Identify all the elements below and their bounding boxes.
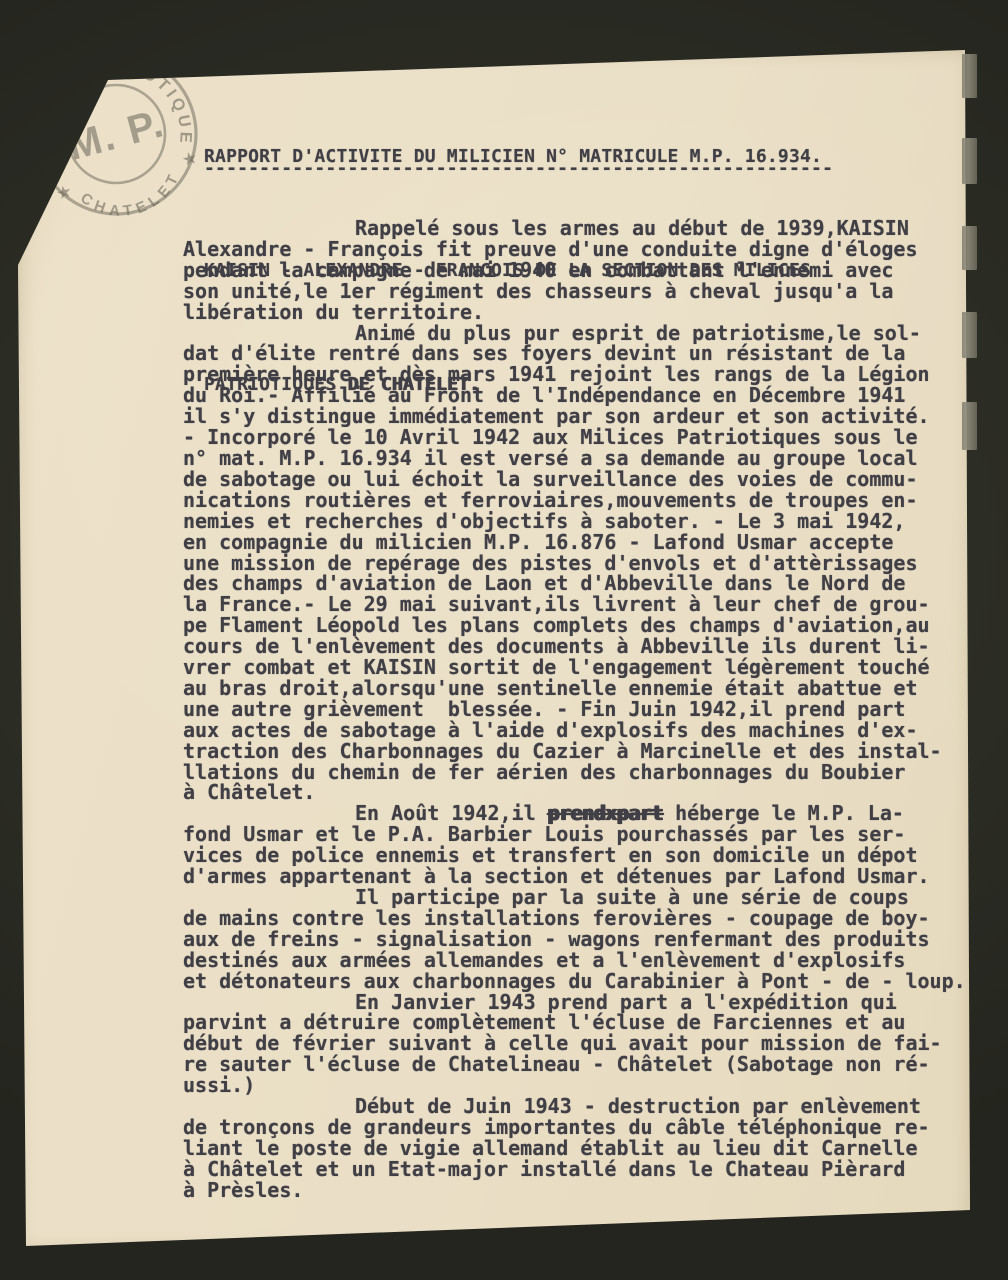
text-line: de sabotage ou lui échoit la surveillanc… [183,469,983,490]
text-line: Rappelé sous les armes au début de 1939,… [183,218,983,239]
binding-tab [962,402,977,450]
text-line: début de février suivant à celle qui ava… [183,1033,983,1054]
text-line: dat d'élite rentré dans ses foyers devin… [183,343,983,364]
text-line: en compagnie du milicien M.P. 16.876 - L… [183,532,983,553]
text-line: des champs d'aviation de Laon et d'Abbev… [183,573,983,594]
binding-tab [962,226,977,270]
text-line: et détonateurs aux charbonnages du Carab… [183,971,983,992]
binding-tab [962,312,977,358]
svg-text:CHATELET: CHATELET [74,164,192,232]
text-line: première heure et dès mars 1941 rejoint … [183,364,983,385]
album-background: { "doc": { "stamp": { "arc_top": "MILICE… [0,0,1008,1280]
text-line: pe Flament Léopold les plans complets de… [183,615,983,636]
text-line: son unité,le 1er régiment des chasseurs … [183,281,983,302]
paragraph: Il participe par la suite à une série de… [183,887,983,992]
text-line: re sauter l'écluse de Chatelineau - Chât… [183,1054,983,1075]
text-line: Animé du plus pur esprit de patriotisme,… [183,323,983,344]
text-line: Il participe par la suite à une série de… [183,887,983,908]
text-line: d'armes appartenant à la section et déte… [183,866,983,887]
text-line: à Prèsles. [183,1180,983,1201]
text-line: parvint a détruire complètement l'écluse… [183,1012,983,1033]
dashed-separator: ----------------------------------------… [204,158,833,179]
text-line: vrer combat et KAISIN sortit de l'engage… [183,657,983,678]
paragraph: Rappelé sous les armes au début de 1939,… [183,218,983,323]
text-line: à Châtelet et un Etat-major installé dan… [183,1159,983,1180]
stamp-star-right-icon: ★ [181,149,199,169]
text-line: fond Usmar et le P.A. Barbier Louis pour… [183,824,983,845]
text-line: Alexandre - François fit preuve d'une co… [183,239,983,260]
text-line: cours de l'enlèvement des documents à Ab… [183,636,983,657]
text-line: pendant la campagne de mai 1940 en comba… [183,260,983,281]
text-line: il s'y distingue immédiatement par son a… [183,406,983,427]
text-line: traction des Charbonnages du Cazier à Ma… [183,741,983,762]
stamp-center-mp: M. P. [63,101,169,169]
paragraph: Début de Juin 1943 - destruction par enl… [183,1096,983,1201]
text-line: aux actes de sabotage à l'aide d'explosi… [183,720,983,741]
text-line: - Incorporé le 10 Avril 1942 aux Milices… [183,427,983,448]
text-line: à Châtelet. [183,782,983,803]
stamp-star-left-icon: ★ [56,183,74,203]
stamp-arc-bottom-text: CHATELET [74,164,192,232]
text-line: une autre grièvement blessée. - Fin Juin… [183,699,983,720]
report-page: MILICES PATRIOTIQUES CHATELET ★ ★ M. P. … [18,50,970,1250]
text-line: au bras droit,alorsqu'une sentinelle enn… [183,678,983,699]
text-line: nications routières et ferroviaires,mouv… [183,490,983,511]
text-line: vices de police ennemis et transfert en … [183,845,983,866]
text-line: de mains contre les installations ferovi… [183,908,983,929]
text-line: llations du chemin de fer aérien des cha… [183,762,983,783]
text-line: En Août 1942,il prendxpart héberge le M.… [183,803,983,824]
binding-tab [962,54,977,98]
report-body: Rappelé sous les armes au début de 1939,… [183,218,983,1201]
milices-patriotiques-stamp: MILICES PATRIOTIQUES CHATELET ★ ★ M. P. [18,36,214,232]
text-line: aux de freins - signalisation - wagons r… [183,929,983,950]
text-line: n° mat. M.P. 16.934 il est versé a sa de… [183,448,983,469]
binding-tab [962,138,977,184]
text-line: la France.- Le 29 mai suivant,ils livren… [183,594,983,615]
text-line: liant le poste de vigie allemand établit… [183,1138,983,1159]
text-line: une mission de repérage des pistes d'env… [183,553,983,574]
text-line: du Roi.- Affilié au Front de l'Indépenda… [183,385,983,406]
text-line: ussi.) [183,1075,983,1096]
text-line: En Janvier 1943 prend part a l'expéditio… [183,992,983,1013]
text-line: de tronçons de grandeurs importantes du … [183,1117,983,1138]
text-line: libération du territoire. [183,302,983,323]
text-line: Début de Juin 1943 - destruction par enl… [183,1096,983,1117]
paragraph: En Janvier 1943 prend part a l'expéditio… [183,992,983,1097]
text-line: destinés aux armées allemandes et a l'en… [183,950,983,971]
paragraph: Animé du plus pur esprit de patriotisme,… [183,323,983,804]
paragraph: En Août 1942,il prendxpart héberge le M.… [183,803,983,887]
text-line: nemies et recherches d'objectifs à sabot… [183,511,983,532]
